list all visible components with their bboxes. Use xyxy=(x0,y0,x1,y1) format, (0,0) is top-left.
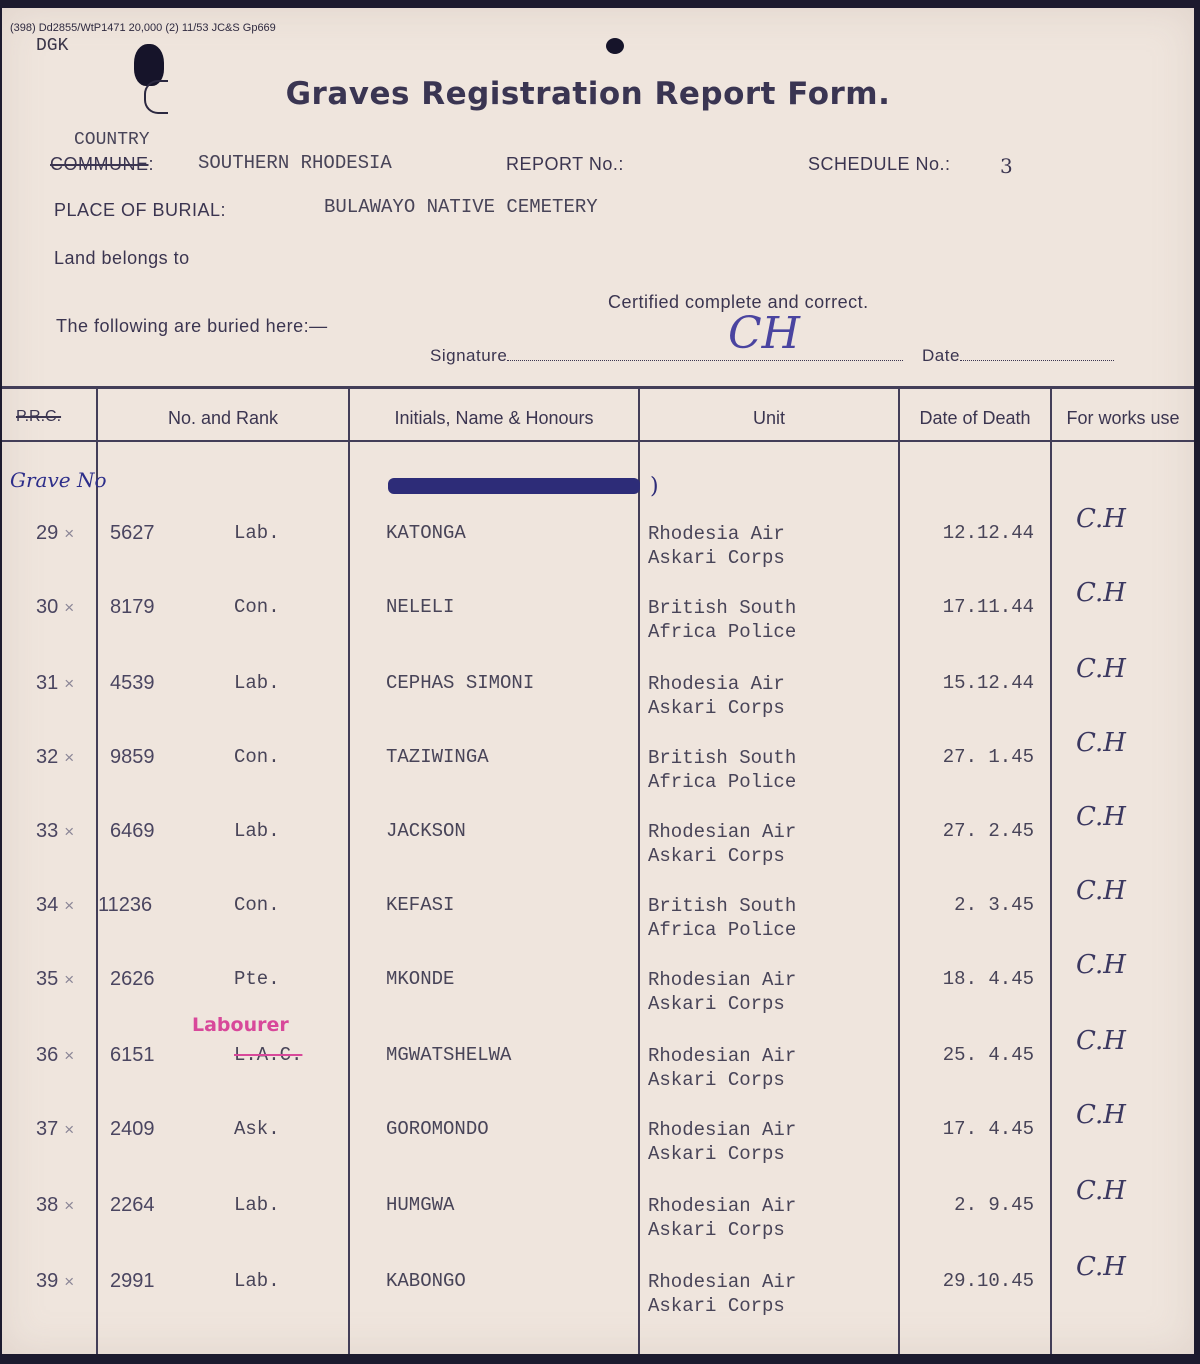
check-mark-icon: × xyxy=(64,524,74,543)
country-label-struck: COMMUNE xyxy=(50,154,149,174)
header-works-use: For works use xyxy=(1052,408,1194,429)
table-row: 34× 11236 Con. KEFASI British SouthAfric… xyxy=(2,894,1194,968)
redaction-mark xyxy=(388,478,640,494)
header-no-rank: No. and Rank xyxy=(98,408,348,429)
table-row: 30× 8179 Con. NELELI British SouthAfrica… xyxy=(2,596,1194,670)
header-prc: P.R.C. xyxy=(16,408,76,426)
check-mark-icon: × xyxy=(64,1196,74,1215)
schedule-no-label: SCHEDULE No.: xyxy=(808,154,951,175)
rank-struck: L.A.C. xyxy=(234,1044,302,1066)
country-value: SOUTHERN RHODESIA xyxy=(198,152,392,174)
office-code: DGK xyxy=(36,36,68,56)
check-mark-icon: × xyxy=(64,1272,74,1291)
print-code: (398) Dd2855/WtP1471 20,000 (2) 11/53 JC… xyxy=(10,22,276,34)
table-header-rule xyxy=(2,440,1194,442)
table-row: 36× 6151 Labourer L.A.C. MGWATSHELWA Rho… xyxy=(2,1044,1194,1118)
table-top-rule xyxy=(2,386,1194,389)
table-row: 35× 2626 Pte. MKONDE Rhodesian AirAskari… xyxy=(2,968,1194,1042)
schedule-no-value: 3 xyxy=(1000,154,1013,178)
header-name: Initials, Name & Honours xyxy=(350,408,638,429)
check-mark-icon: × xyxy=(64,748,74,767)
signature-field: Signature xyxy=(430,346,903,366)
buried-here-label: The following are buried here:— xyxy=(56,316,328,337)
table-row: 38× 2264 Lab. HUMGWA Rhodesian AirAskari… xyxy=(2,1194,1194,1268)
rank-amendment: Labourer xyxy=(192,1014,289,1036)
check-mark-icon: × xyxy=(64,598,74,617)
check-mark-icon: × xyxy=(64,1120,74,1139)
country-label-typed: COUNTRY xyxy=(74,130,150,150)
table-row: 33× 6469 Lab. JACKSON Rhodesian AirAskar… xyxy=(2,820,1194,894)
table-row: 32× 9859 Con. TAZIWINGA British SouthAfr… xyxy=(2,746,1194,820)
report-no-label: REPORT No.: xyxy=(506,154,624,175)
report-form-page: (398) Dd2855/WtP1471 20,000 (2) 11/53 JC… xyxy=(2,8,1194,1354)
place-of-burial-value: BULAWAYO NATIVE CEMETERY xyxy=(324,196,598,218)
check-mark-icon: × xyxy=(64,896,74,915)
form-title: Graves Registration Report Form. xyxy=(2,76,1174,112)
header-date-of-death: Date of Death xyxy=(900,408,1050,429)
grave-no-handwritten: Grave No xyxy=(10,468,107,492)
country-label: COMMUNE: xyxy=(50,154,154,175)
table-row: 37× 2409 Ask. GOROMONDO Rhodesian AirAsk… xyxy=(2,1118,1194,1192)
header-unit: Unit xyxy=(640,408,898,429)
table-row: 39× 2991 Lab. KABONGO Rhodesian AirAskar… xyxy=(2,1270,1194,1344)
date-field: Date xyxy=(922,346,1114,366)
redaction-paren: ) xyxy=(650,474,659,499)
table-row: 29× 5627 Lab. KATONGA Rhodesia AirAskari… xyxy=(2,522,1194,596)
check-mark-icon: × xyxy=(64,674,74,693)
place-of-burial-label: PLACE OF BURIAL: xyxy=(54,200,226,221)
check-mark-icon: × xyxy=(64,822,74,841)
punch-hole-icon xyxy=(606,38,624,54)
land-belongs-label: Land belongs to xyxy=(54,248,190,269)
signature-value: CH xyxy=(728,308,800,359)
check-mark-icon: × xyxy=(64,970,74,989)
check-mark-icon: × xyxy=(64,1046,74,1065)
table-row: 31× 4539 Lab. CEPHAS SIMONI Rhodesia Air… xyxy=(2,672,1194,746)
